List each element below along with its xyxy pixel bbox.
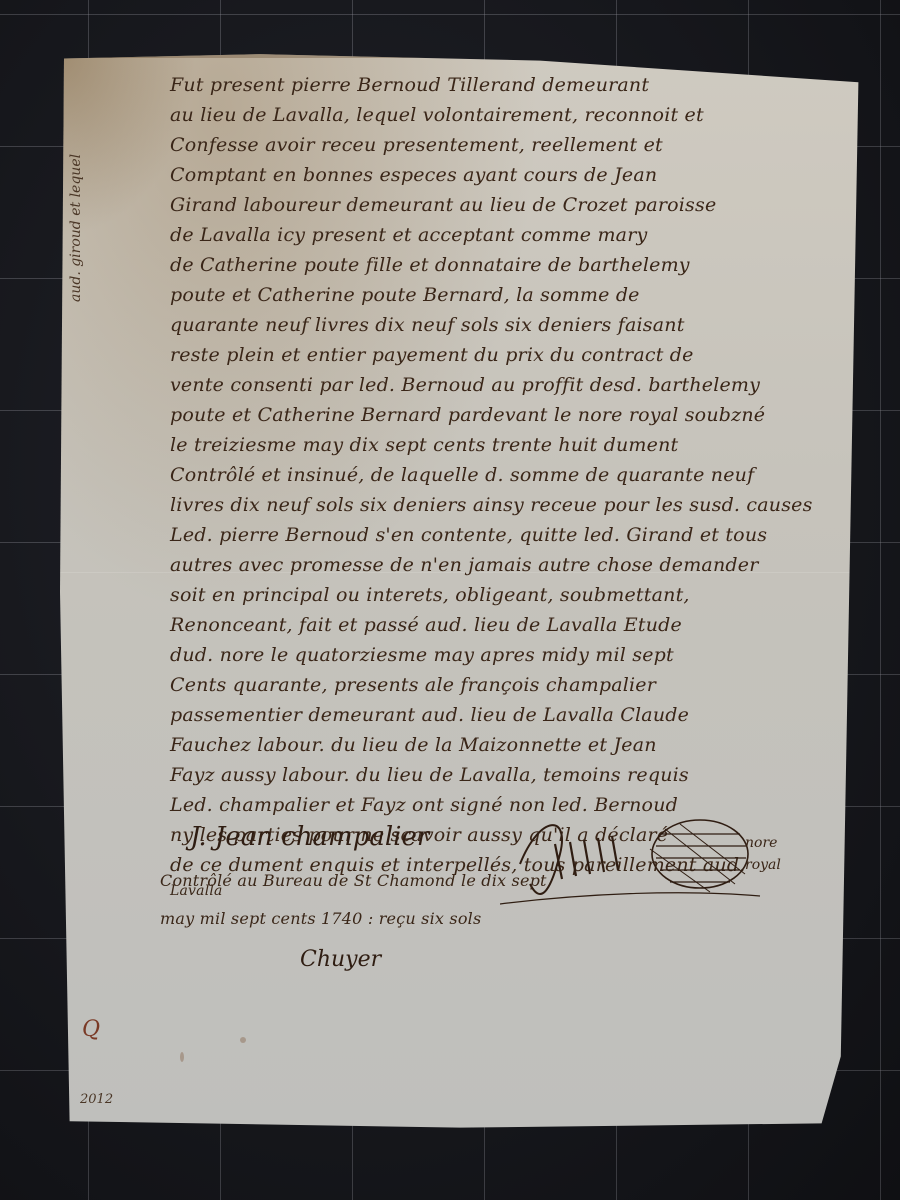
body-line: au lieu de Lavalla, lequel volontairemen… (170, 100, 850, 130)
body-line: soit en principal ou interets, obligeant… (170, 580, 850, 610)
registry-line: may mil sept cents 1740 : reçu six sols (160, 900, 580, 938)
body-line: reste plein et entier payement du prix d… (170, 340, 850, 370)
margin-note: aud. giroud et lequel (68, 154, 84, 302)
body-line: Led. pierre Bernoud s'en contente, quitt… (170, 520, 850, 550)
document-body: Fut present pierre Bernoud Tillerand dem… (170, 70, 850, 902)
body-line: autres avec promesse de n'en jamais autr… (170, 550, 850, 580)
witness-signature: J. Jean champalier (190, 822, 429, 852)
registry-line: Contrôlé au Bureau de St Chamond le dix … (160, 862, 580, 900)
body-line: Comptant en bonnes especes ayant cours d… (170, 160, 850, 190)
body-line: Cents quarante, presents ale françois ch… (170, 670, 850, 700)
body-line: poute et Catherine Bernard pardevant le … (170, 400, 850, 430)
body-line: quarante neuf livres dix neuf sols six d… (170, 310, 850, 340)
notary-title-line: nore (745, 832, 781, 854)
body-line: livres dix neuf sols six deniers ainsy r… (170, 490, 850, 520)
ink-stain (240, 1037, 246, 1043)
corner-mark: Q (82, 1017, 100, 1042)
manuscript-page: aud. giroud et lequel Fut present pierre… (60, 52, 860, 1132)
controller-signature: Chuyer (300, 947, 381, 972)
notary-title: nore royal (745, 832, 781, 876)
body-line: de Catherine poute fille et donnataire d… (170, 250, 850, 280)
body-line: passementier demeurant aud. lieu de Lava… (170, 700, 850, 730)
registry-control-note: Contrôlé au Bureau de St Chamond le dix … (160, 862, 580, 938)
body-line: Confesse avoir receu presentement, reell… (170, 130, 850, 160)
body-line: dud. nore le quatorziesme may apres midy… (170, 640, 850, 670)
body-line: le treiziesme may dix sept cents trente … (170, 430, 850, 460)
body-line: Fayz aussy labour. du lieu de Lavalla, t… (170, 760, 850, 790)
body-line: vente consenti par led. Bernoud au proff… (170, 370, 850, 400)
body-line: poute et Catherine poute Bernard, la som… (170, 280, 850, 310)
body-line: Girand laboureur demeurant au lieu de Cr… (170, 190, 850, 220)
body-line: Contrôlé et insinué, de laquelle d. somm… (170, 460, 850, 490)
body-line: de Lavalla icy present et acceptant comm… (170, 220, 850, 250)
notary-title-line: royal (745, 854, 781, 876)
ink-stain (180, 1052, 184, 1062)
body-line: Renonceant, fait et passé aud. lieu de L… (170, 610, 850, 640)
body-line: Fauchez labour. du lieu de la Maizonnett… (170, 730, 850, 760)
corner-number: 2012 (80, 1092, 113, 1107)
